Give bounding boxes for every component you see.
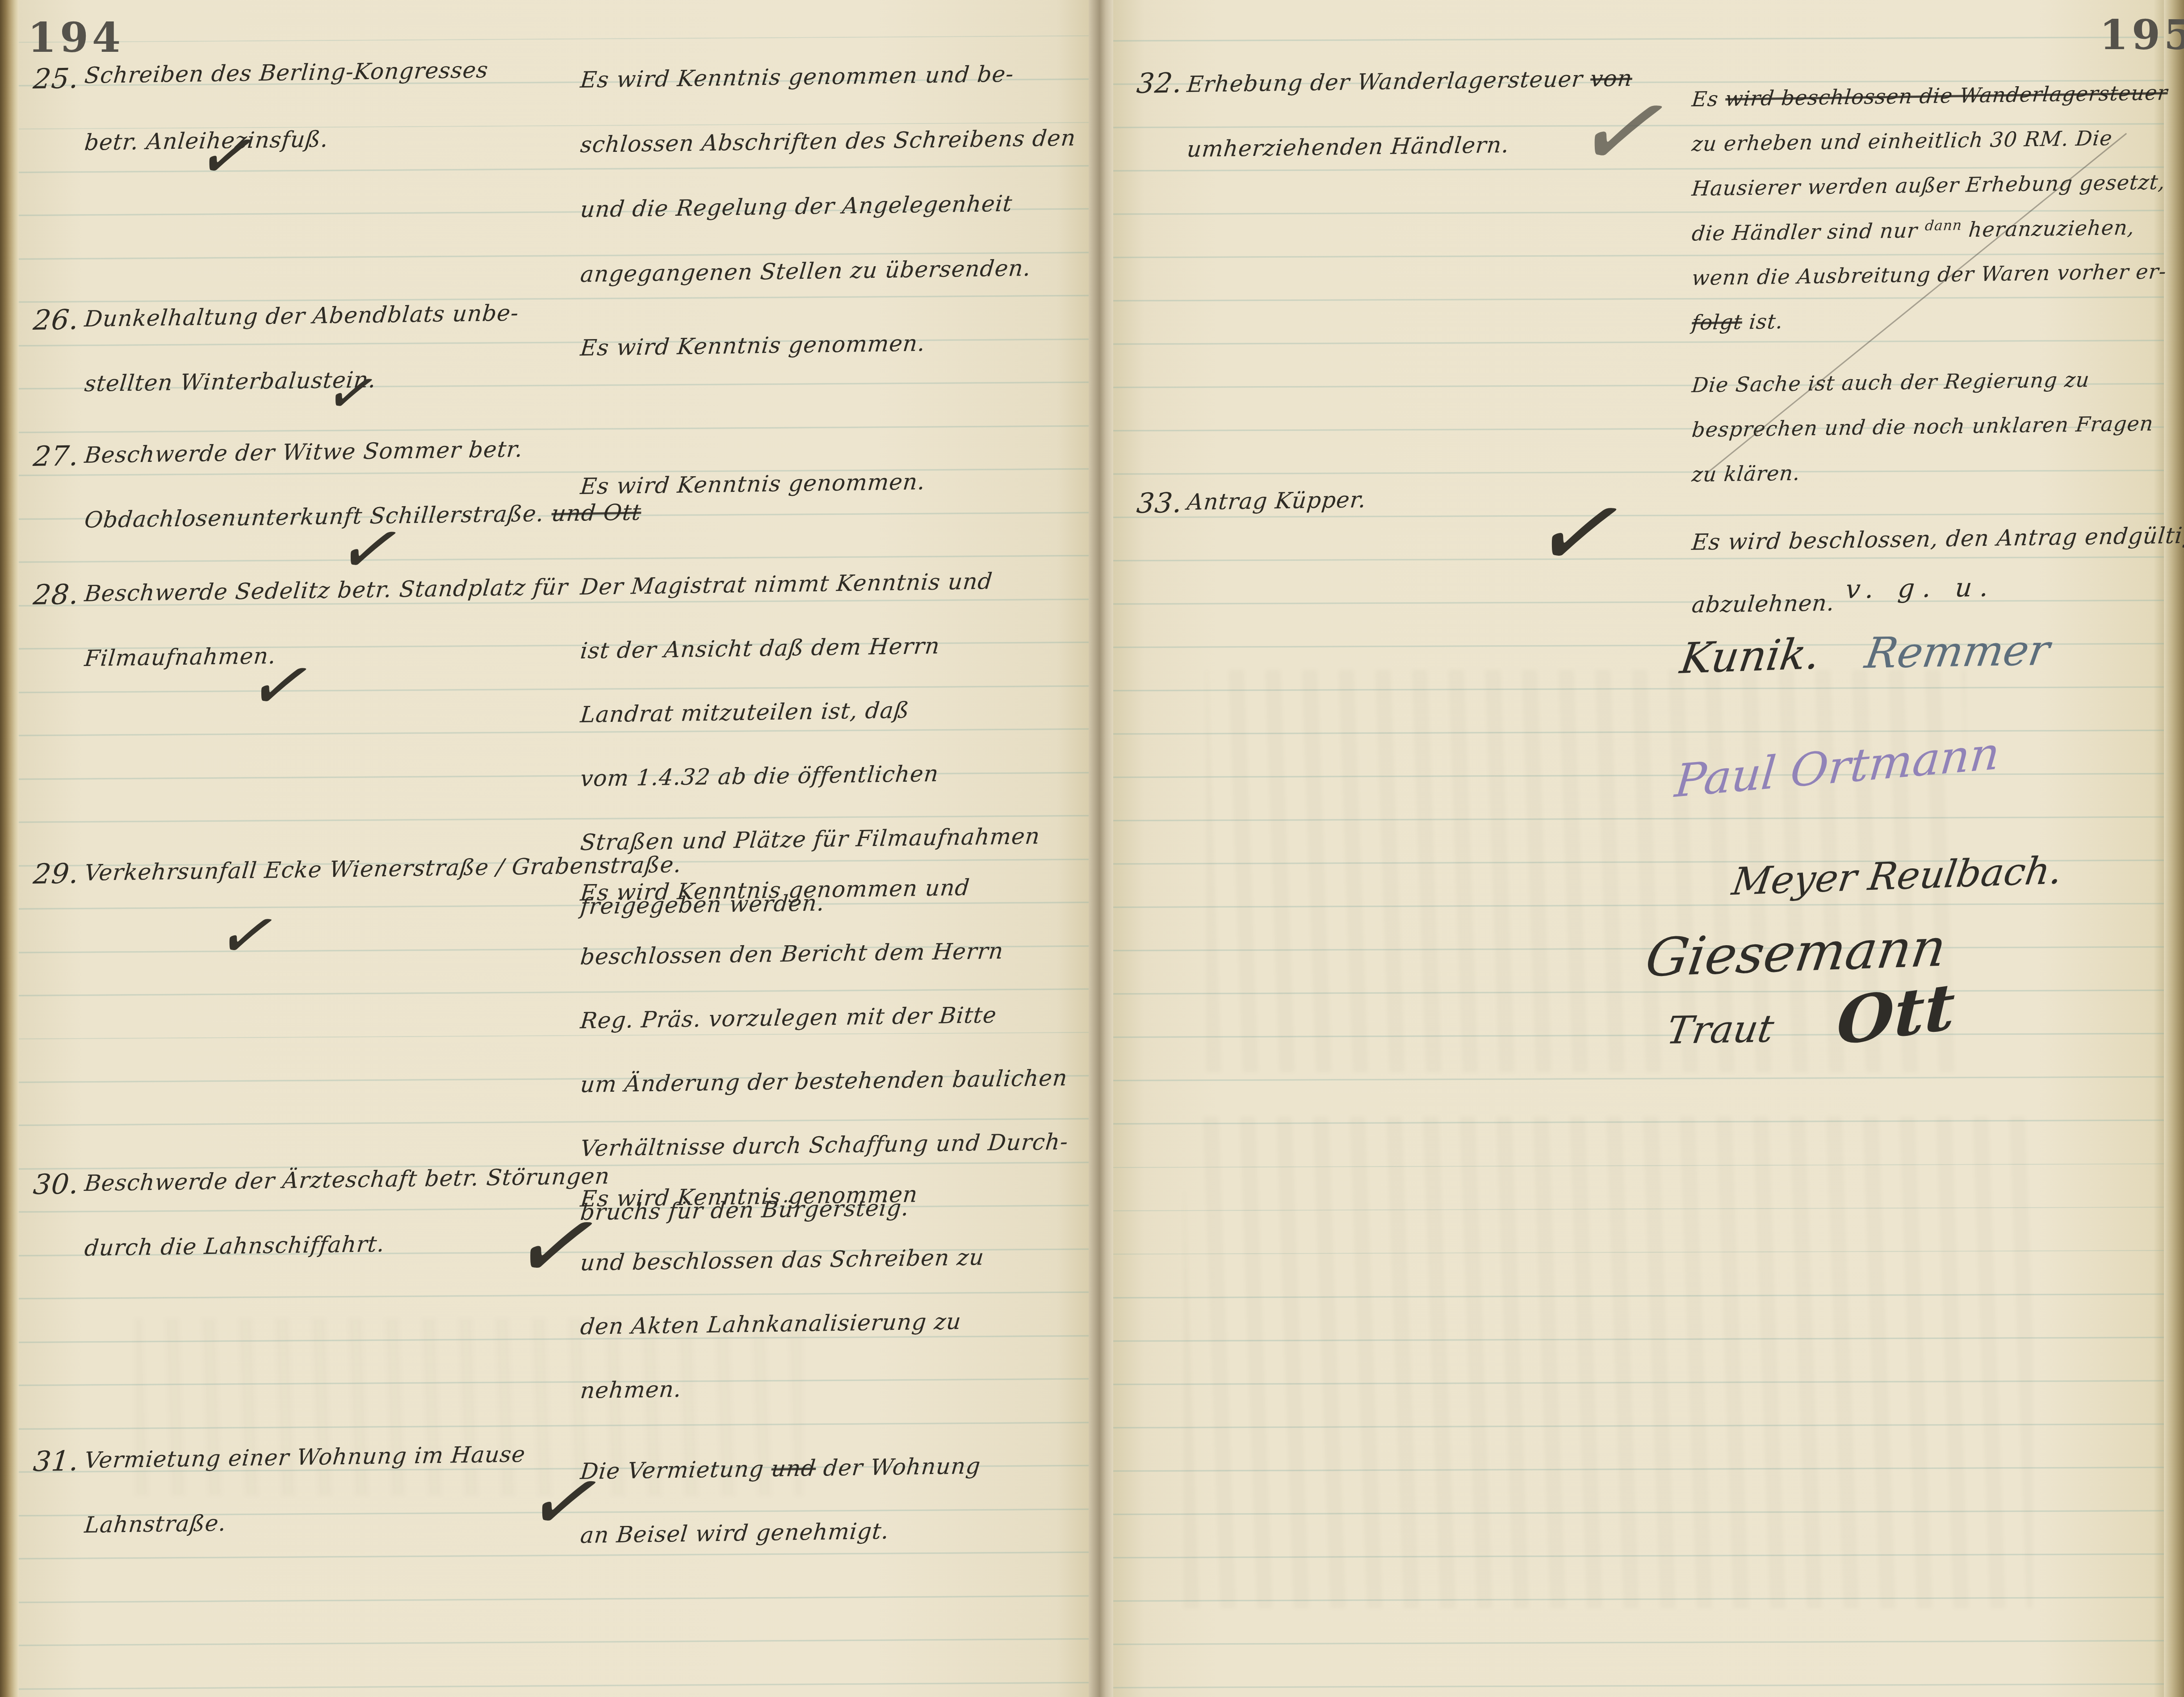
text-segment: Es bbox=[1691, 87, 1727, 111]
entry-resolution-line: abzulehnen. bbox=[1691, 590, 1836, 618]
text-segment: 32. bbox=[1135, 67, 1183, 100]
entry-resolution-line: folgt ist. bbox=[1691, 309, 1784, 335]
text-segment: Filmaufnahmen. bbox=[84, 643, 277, 671]
text-segment: die Händler sind nur bbox=[1691, 218, 1926, 245]
entry-resolution-line: ist der Ansicht daß dem Herrn bbox=[579, 633, 941, 664]
closing-mark: v. g. u. bbox=[1844, 572, 1998, 604]
text-segment: der Wohnung bbox=[815, 1453, 982, 1481]
entry-resolution-line: Landrat mitzuteilen ist, daß bbox=[579, 697, 910, 728]
text-segment: an Beisel wird genehmigt. bbox=[579, 1518, 890, 1548]
text-segment: und bbox=[770, 1455, 817, 1482]
text-segment: folgt bbox=[1691, 310, 1743, 335]
text-segment: ist der Ansicht daß dem Herrn bbox=[579, 633, 941, 664]
entry-resolution-line: Es wird Kenntnis genommen. bbox=[579, 469, 926, 499]
text-segment: 25. bbox=[32, 62, 80, 95]
signature: Remmer bbox=[1862, 626, 2053, 678]
page-stack-edge bbox=[2164, 0, 2184, 1697]
entry-resolution-line: Es wird Kenntnis genommen bbox=[579, 1181, 919, 1212]
text-segment: nehmen. bbox=[579, 1376, 683, 1404]
entry-resolution-line: an Beisel wird genehmigt. bbox=[579, 1518, 890, 1548]
entry-topic-line: umherziehenden Händlern. bbox=[1186, 132, 1510, 162]
text-segment: 29. bbox=[32, 857, 80, 890]
text-segment: Antrag Küpper. bbox=[1186, 486, 1367, 515]
text-segment: 26. bbox=[32, 303, 80, 336]
text-segment: und Ott bbox=[550, 499, 642, 527]
text-segment: Es wird Kenntnis genommen bbox=[579, 1181, 919, 1212]
text-segment: 28. bbox=[32, 578, 80, 611]
entry-number: 25. bbox=[32, 62, 80, 95]
text-segment: Landrat mitzuteilen ist, daß bbox=[579, 697, 910, 728]
entry-number: 31. bbox=[32, 1445, 80, 1478]
page-number-right: 195 bbox=[2100, 11, 2184, 59]
entry-topic-line: durch die Lahnschiffahrt. bbox=[84, 1231, 386, 1261]
text-segment: zu klären. bbox=[1691, 461, 1801, 486]
entry-number: 27. bbox=[32, 440, 80, 473]
book-binding-edge bbox=[0, 0, 19, 1697]
text-segment: Lahnstraße. bbox=[84, 1510, 227, 1538]
entry-resolution-line: zu klären. bbox=[1691, 461, 1801, 486]
entry-number: 29. bbox=[32, 857, 80, 890]
text-segment: heranzuziehen, bbox=[1961, 215, 2136, 242]
entry-topic-line: Filmaufnahmen. bbox=[84, 643, 277, 671]
text-segment: 31. bbox=[32, 1445, 80, 1478]
entry-resolution-line: Es wird Kenntnis genommen. bbox=[579, 330, 926, 361]
entry-number: 33. bbox=[1135, 486, 1183, 520]
signature: Kunik. bbox=[1677, 629, 1823, 683]
entry-number: 26. bbox=[32, 303, 80, 336]
text-segment: abzulehnen. bbox=[1691, 590, 1836, 618]
page-195 bbox=[1113, 0, 2164, 1697]
text-segment: 27. bbox=[32, 440, 80, 473]
entry-resolution-line: Es wird Kenntnis genommen und bbox=[579, 875, 971, 906]
entry-resolution-line: den Akten Lahnkanalisierung zu bbox=[579, 1308, 963, 1340]
text-segment: dann bbox=[1924, 218, 1962, 234]
text-segment: 33. bbox=[1135, 486, 1183, 520]
entry-resolution-line: nehmen. bbox=[579, 1376, 683, 1404]
signature: Traut bbox=[1664, 1007, 1777, 1053]
text-segment: Es wird Kenntnis genommen. bbox=[579, 330, 926, 361]
entry-topic-line: Antrag Küpper. bbox=[1186, 486, 1367, 515]
text-segment: den Akten Lahnkanalisierung zu bbox=[579, 1308, 963, 1340]
entry-resolution-line: vom 1.4.32 ab die öffentlichen bbox=[579, 761, 940, 792]
text-segment: Es wird Kenntnis genommen. bbox=[579, 469, 926, 499]
ledger-spread: 194 195 v. g. u. 25.Schreiben des Berlin… bbox=[0, 0, 2184, 1697]
entry-number: 28. bbox=[32, 578, 80, 611]
entry-number: 30. bbox=[32, 1168, 80, 1201]
text-segment: ist. bbox=[1741, 309, 1784, 334]
entry-number: 32. bbox=[1135, 67, 1183, 100]
text-segment: 30. bbox=[32, 1168, 80, 1201]
text-segment: umherziehenden Händlern. bbox=[1186, 132, 1510, 162]
page-number-left: 194 bbox=[28, 13, 124, 62]
text-segment: vom 1.4.32 ab die öffentlichen bbox=[579, 761, 940, 792]
text-segment: durch die Lahnschiffahrt. bbox=[84, 1231, 386, 1261]
text-segment: Es wird Kenntnis genommen und bbox=[579, 875, 971, 906]
page-gutter bbox=[1089, 0, 1113, 1697]
entry-topic-line: Lahnstraße. bbox=[84, 1510, 227, 1538]
